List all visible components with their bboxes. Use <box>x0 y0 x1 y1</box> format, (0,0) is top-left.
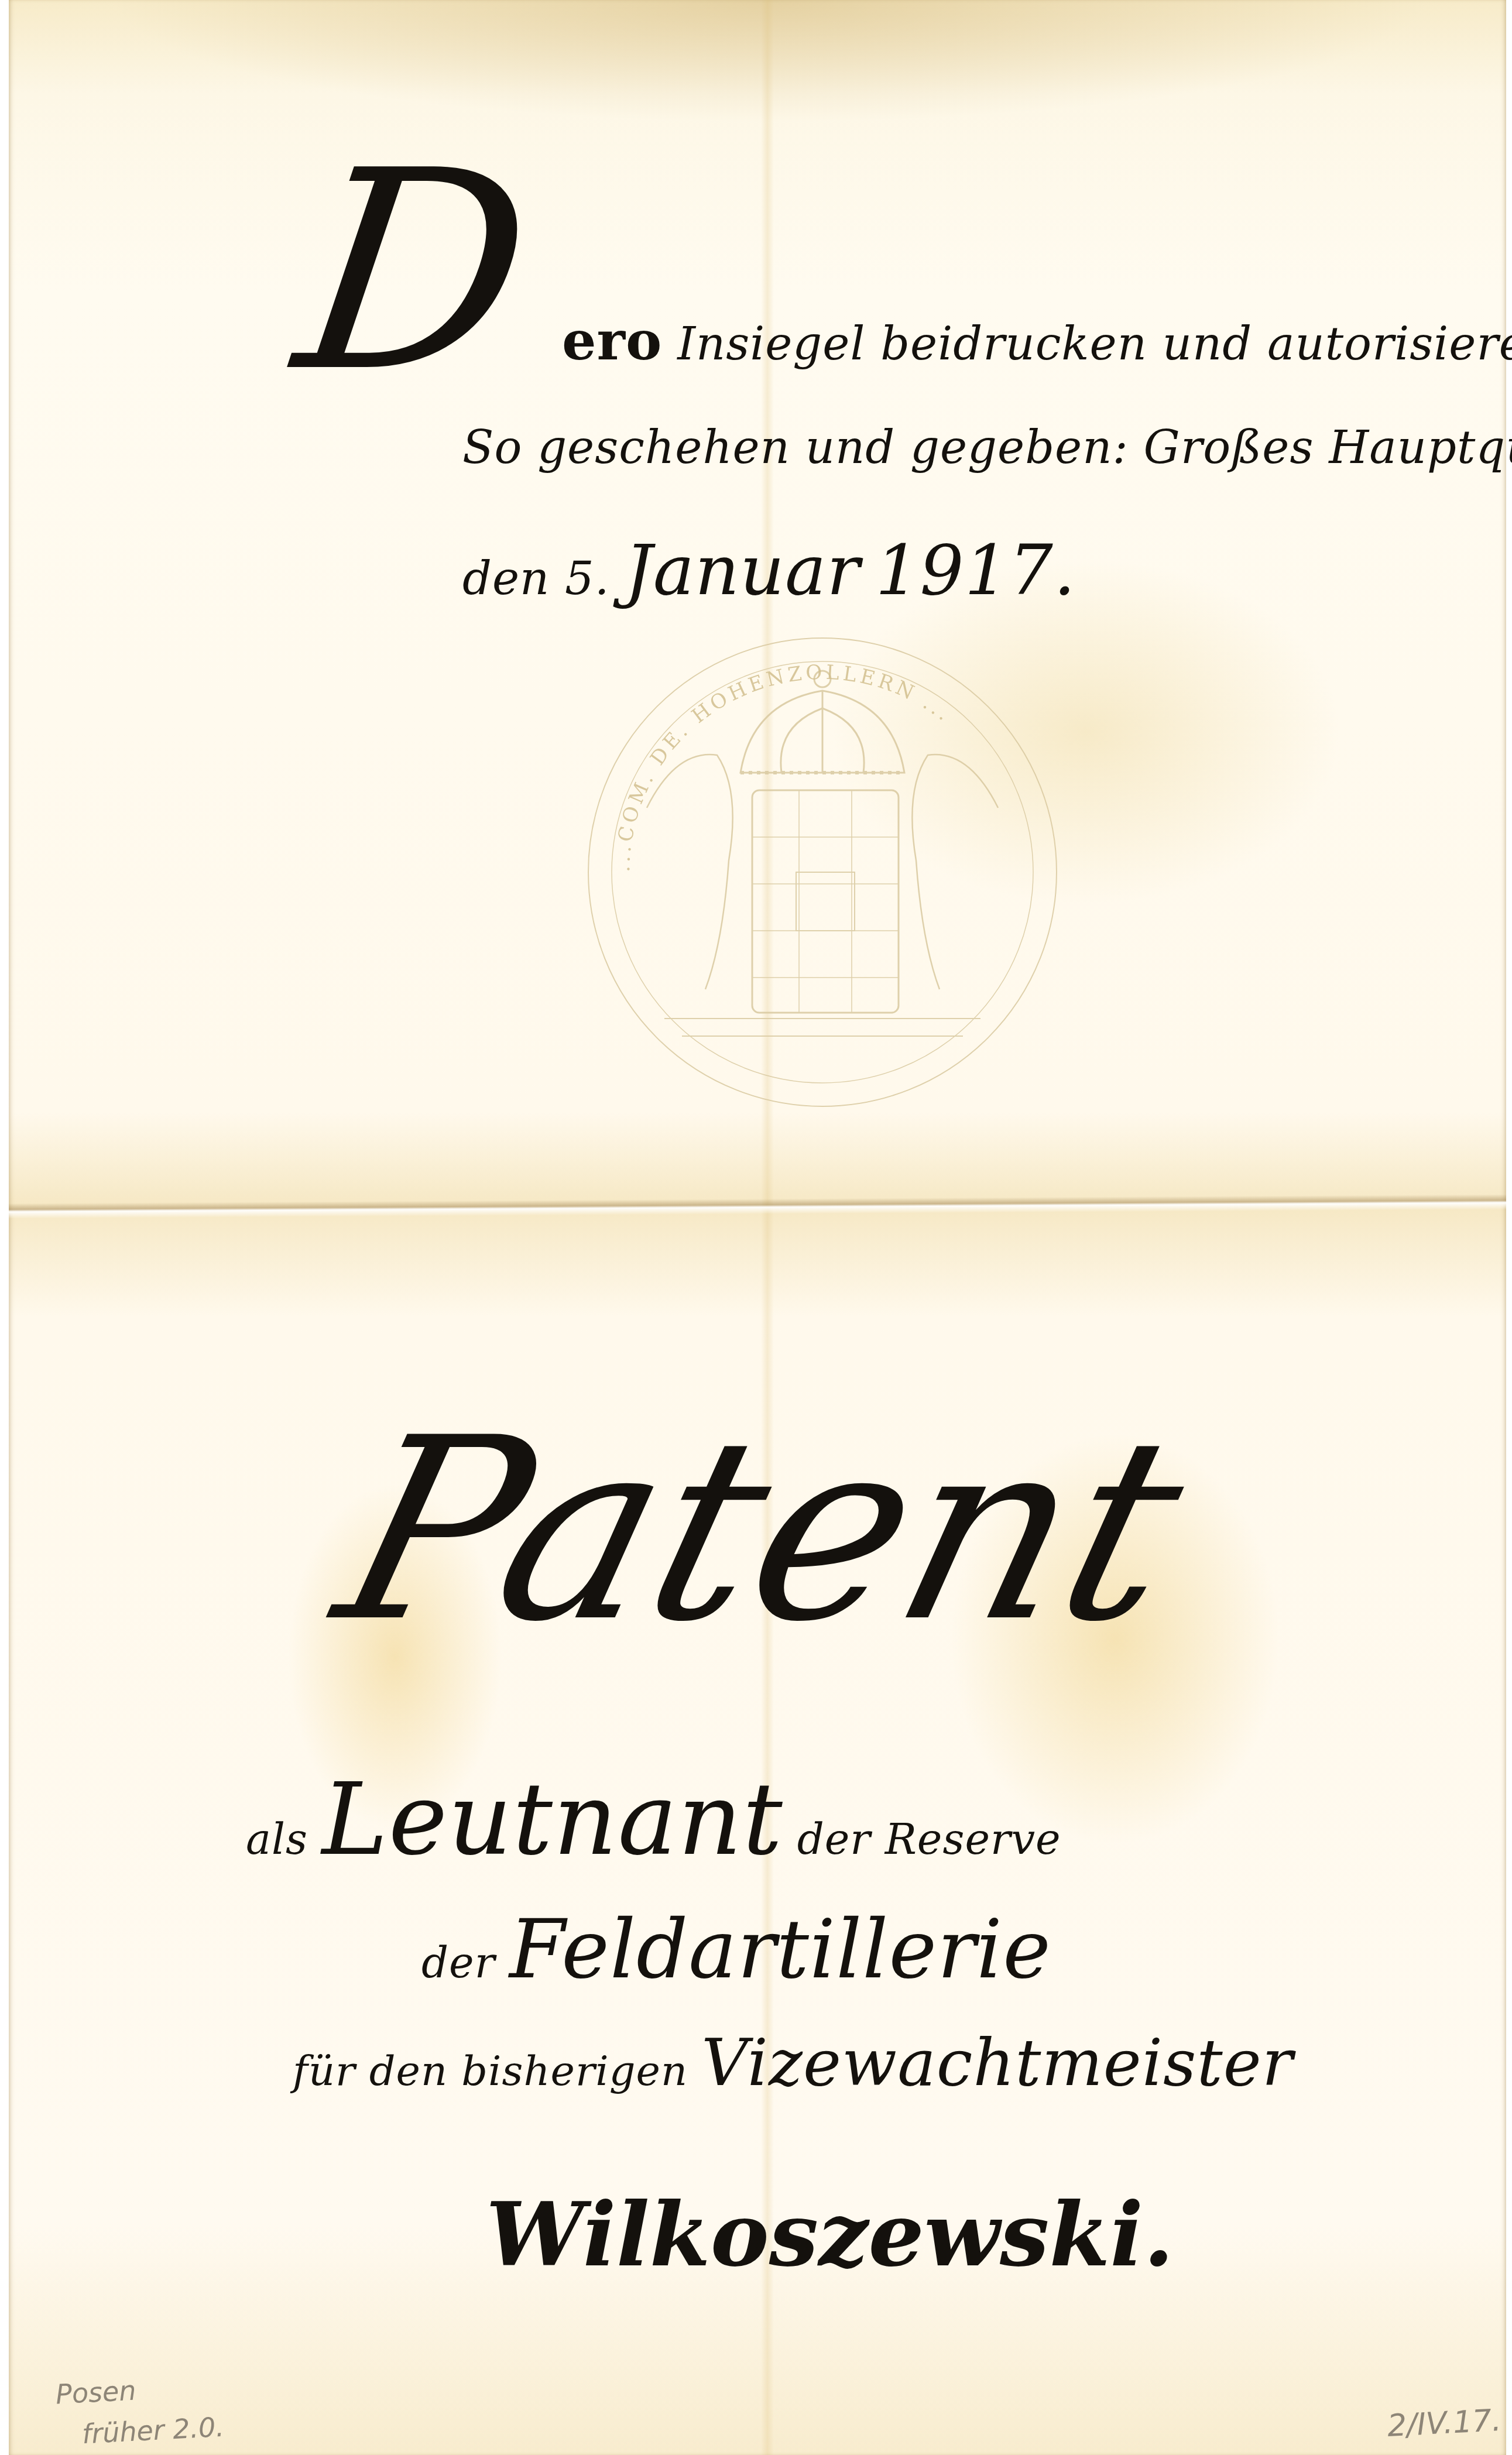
branch-name: Feldartillerie <box>509 1902 1051 1997</box>
rank-suffix: der Reserve <box>797 1815 1061 1864</box>
rank-title: Leutnant <box>322 1762 783 1878</box>
branch-prefix: der <box>421 1938 495 1987</box>
opening-line-1: ero Insiegel beidrucken und autorisieren… <box>562 309 1512 372</box>
opening-line-1-lead: ero <box>562 309 662 372</box>
opening-line-2: So geschehen und gegeben: Großes Hauptqu… <box>462 421 1512 474</box>
drop-cap-letter: D <box>285 135 544 410</box>
rank-line: als Leutnant der Reserve <box>246 1762 1061 1878</box>
branch-line: der Feldartillerie <box>421 1902 1051 1997</box>
recipient-name: Wilkoszewski. <box>486 2183 1174 2286</box>
former-prefix: für den bisherigen <box>293 2047 688 2095</box>
pencil-note-right: 2/IV.17. <box>1387 2403 1503 2444</box>
former-rank: Vizewachtmeister <box>701 2025 1293 2100</box>
date-line: den 5. Januar 1917. <box>462 530 1076 611</box>
svg-text:...COM. DE. HOHENZOLLERN ...: ...COM. DE. HOHENZOLLERN ... <box>611 661 957 873</box>
opening-line-1-text: Insiegel beidrucken und autorisieren las… <box>677 318 1512 371</box>
rank-prefix: als <box>246 1815 308 1864</box>
coat-of-arms-icon: ...COM. DE. HOHENZOLLERN ... <box>565 615 1080 1130</box>
date-year: 1917. <box>876 530 1076 611</box>
date-prefix: den 5. <box>462 553 610 605</box>
document-title: Patent <box>320 1405 1204 1657</box>
former-rank-line: für den bisherigen Vizewachtmeister <box>293 2025 1293 2100</box>
pencil-note-left-1: Posen <box>55 2374 137 2410</box>
embossed-seal: ...COM. DE. HOHENZOLLERN ... <box>565 615 1080 1130</box>
seal-inscription: ...COM. DE. HOHENZOLLERN ... <box>611 661 957 873</box>
date-month: Januar <box>625 530 860 611</box>
